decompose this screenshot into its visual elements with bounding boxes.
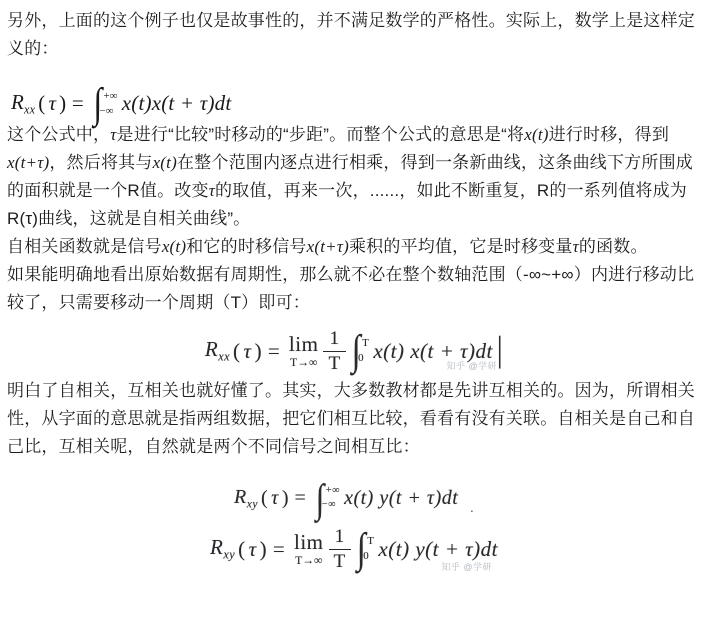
integral-sign: ∫+∞−∞ [316,483,340,514]
limit-operator: limT→∞ [294,532,324,567]
math-variable: x(t) [162,237,186,256]
text-segment: 这个公式中， [7,125,110,144]
formula-image-rxx-limit: Rxx (τ) = limT→∞ 1T ∫T0 x(t) x(t + τ)dt … [7,325,701,377]
text-segment: 乘积的平均值，它是时移变量 [349,237,573,256]
open-paren: ( [238,539,246,560]
formula-body: x(t) y(t + τ)dt [344,488,458,508]
formula-rxy-limit: Rxy (τ) = limT→∞ 1T ∫T0 x(t) y(t + τ)dt … [210,524,498,574]
open-paren: ( [261,488,268,508]
close-paren-equals: ) = [282,488,312,508]
text-segment: 进行时移，得到 [549,125,669,144]
close-paren-equals: ) = [255,341,286,362]
paragraph-story-disclaimer: 另外，上面的这个例子也仅是故事性的，并不满足数学的严格性。实际上，数学上是这样定… [7,7,701,63]
formula-body: x(t)x(t + τ)dt [122,93,232,114]
paragraph-formula-explanation: 这个公式中，τ是进行“比较”时移动的“步距”。而整个公式的意思是“将x(t)进行… [7,121,701,233]
formula-lhs: Rxy [210,537,235,561]
formula-lhs: Rxx [11,92,35,116]
tau-symbol: τ [271,488,279,508]
vertical-bar: | [497,333,503,368]
fraction-one-over-T: 1T [323,329,345,373]
text-segment: ，然后将其与 [49,153,152,172]
paragraph-autocorrelation-summary: 自相关函数就是信号x(t)和它的时移信号x(t+τ)乘积的平均值，它是时移变量τ… [7,233,701,261]
trailing-period: . [470,501,474,514]
fraction-one-over-T: 1T [329,527,351,571]
integral-upper-limit: T [367,536,374,547]
open-paren: ( [233,341,241,362]
integral-upper-limit: +∞ [326,486,340,496]
text-segment: 明白了自相关，互相关也就好懂了。其实，大多数教材都是先讲互相关的。因为，所谓相关… [7,381,695,456]
text-segment: 是进行“比较”时移动的“步距”。而整个公式的意思是“将 [117,125,525,144]
formula-lhs: Rxy [234,487,258,510]
text-segment: 如果能明确地看出原始数据有周期性，那么就不必在整个数轴范围（-∞~+∞）内进行移… [7,265,694,312]
tau-symbol: τ [48,93,56,114]
paragraph-crosscorrelation-intro: 明白了自相关，互相关也就好懂了。其实，大多数教材都是先讲互相关的。因为，所谓相关… [7,377,701,461]
integral-upper-limit: +∞ [103,91,117,102]
formula-rxx-integral-definition: Rxx (τ) = ∫+∞−∞ x(t)x(t + τ)dt [7,87,701,121]
integral-sign: ∫T0 [357,533,375,566]
fraction-numerator: 1 [325,329,345,350]
text-segment: 另外，上面的这个例子也仅是故事性的，并不满足数学的严格性。实际上，数学上是这样定… [7,11,695,58]
open-paren: ( [38,93,45,114]
integral-sign: ∫T0 [352,335,370,368]
formula-rxx-limit: Rxx (τ) = limT→∞ 1T ∫T0 x(t) x(t + τ)dt … [205,329,503,373]
zhihu-watermark: 知乎 @学研 [441,553,492,581]
close-paren-equals: ) = [59,93,89,114]
math-variable: x(t) [524,125,548,144]
tau-symbol: τ [249,539,257,560]
tau-symbol: τ [244,341,252,362]
limit-operator: limT→∞ [289,334,319,369]
integral-sign: ∫+∞−∞ [93,88,117,121]
integral-glyph: ∫ [93,83,102,125]
integral-glyph: ∫ [316,478,325,518]
integral-glyph: ∫ [352,330,361,372]
math-variable: x(t+τ) [7,153,49,172]
close-paren-equals: ) = [260,539,291,560]
lim-text: lim [289,334,319,355]
text-segment: 自相关函数就是信号 [7,237,162,256]
fraction-denominator: T [329,549,351,571]
text-segment: 和它的时移信号 [186,237,306,256]
formula-image-rxy-integral: Rxy (τ) = ∫+∞−∞ x(t) y(t + τ)dt . [7,479,701,517]
lim-subscript: T→∞ [290,357,317,369]
lim-subscript: T→∞ [295,555,322,567]
text-segment: 的函数。 [579,237,648,256]
fraction-denominator: T [323,351,345,373]
zhihu-watermark: 知乎 @学研 [446,352,497,380]
math-variable: x(t+τ) [307,237,349,256]
article-body: 另外，上面的这个例子也仅是故事性的，并不满足数学的严格性。实际上，数学上是这样定… [0,0,709,626]
formula-lhs: Rxx [205,339,230,363]
formula-image-rxy-limit: Rxy (τ) = limT→∞ 1T ∫T0 x(t) y(t + τ)dt … [7,524,701,574]
math-variable: x(t) [153,153,177,172]
formula-rxy-integral: Rxy (τ) = ∫+∞−∞ x(t) y(t + τ)dt . [234,479,474,517]
fraction-numerator: 1 [330,527,350,548]
integral-glyph: ∫ [357,528,366,570]
lim-text: lim [294,532,324,553]
paragraph-periodicity-note: 如果能明确地看出原始数据有周期性，那么就不必在整个数轴范围（-∞~+∞）内进行移… [7,261,701,317]
integral-upper-limit: T [362,338,369,349]
